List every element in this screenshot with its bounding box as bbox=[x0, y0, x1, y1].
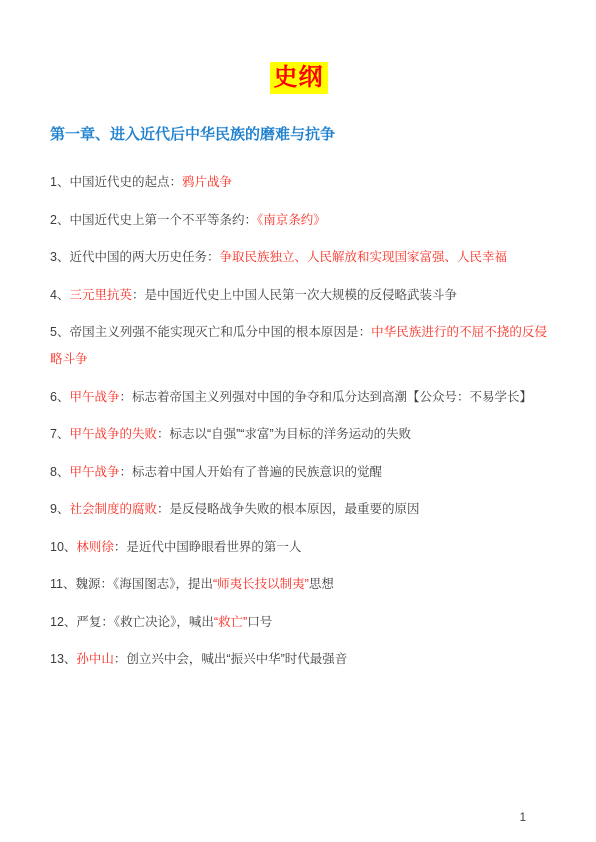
text-run: 思想 bbox=[309, 577, 334, 591]
text-run: 3、近代中国的两大历史任务： bbox=[50, 250, 219, 264]
text-run: 林则徐 bbox=[76, 540, 114, 554]
text-run: ：标志着中国人开始有了普遍的民族意识的觉醒 bbox=[119, 465, 382, 479]
text-run: 1、中国近代史的起点： bbox=[50, 175, 182, 189]
list-item: 8、甲午战争：标志着中国人开始有了普遍的民族意识的觉醒 bbox=[50, 459, 547, 486]
text-run: ：标志着帝国主义列强对中国的争夺和瓜分达到高潮【公众号：不易学长】 bbox=[119, 390, 532, 404]
document-content: 史纲 第一章、进入近代后中华民族的磨难与抗争 1、中国近代史的起点：鸦片战争2、… bbox=[50, 0, 547, 684]
list-item: 9、社会制度的腐败：是反侵略战争失败的根本原因，最重要的原因 bbox=[50, 496, 547, 523]
text-run: 争取民族独立、人民解放和实现国家富强、人民幸福 bbox=[219, 250, 507, 264]
text-run: 鸦片战争 bbox=[182, 175, 232, 189]
text-run: ：是近代中国睁眼看世界的第一人 bbox=[114, 540, 302, 554]
text-run: 8、 bbox=[50, 465, 69, 479]
text-run: 2、中国近代史上第一个不平等条约： bbox=[50, 213, 257, 227]
list-item: 12、严复：《救亡决论》，喊出“救亡”口号 bbox=[50, 609, 547, 636]
text-run: 11、魏源：《海国图志》，提出 bbox=[50, 577, 213, 591]
text-run: 三元里抗英 bbox=[69, 288, 132, 302]
text-run: ：标志以“自强”“求富”为目标的洋务运动的失败 bbox=[157, 427, 411, 441]
text-run: 5、帝国主义列强不能实现灭亡和瓜分中国的根本原因是： bbox=[50, 325, 371, 339]
text-run: 10、 bbox=[50, 540, 76, 554]
text-run: 《南京条约》 bbox=[257, 213, 326, 227]
text-run: 口号 bbox=[247, 615, 272, 629]
text-run: 甲午战争 bbox=[69, 390, 119, 404]
text-run: 7、 bbox=[50, 427, 69, 441]
text-run: 甲午战争 bbox=[69, 465, 119, 479]
text-run: ：是中国近代史上中国人民第一次大规模的反侵略武装斗争 bbox=[132, 288, 457, 302]
page-number: 1 bbox=[520, 812, 526, 824]
text-run: ：是反侵略战争失败的根本原因，最重要的原因 bbox=[157, 502, 420, 516]
text-run: 6、 bbox=[50, 390, 69, 404]
text-run: 13、 bbox=[50, 652, 76, 666]
list-item: 13、孙中山：创立兴中会，喊出“振兴中华”时代最强音 bbox=[50, 646, 547, 673]
document-title: 史纲 bbox=[270, 62, 328, 94]
text-run: 甲午战争的失败 bbox=[69, 427, 157, 441]
list-item: 3、近代中国的两大历史任务：争取民族独立、人民解放和实现国家富强、人民幸福 bbox=[50, 244, 547, 271]
text-run: “救亡” bbox=[214, 615, 247, 629]
list-item: 10、林则徐：是近代中国睁眼看世界的第一人 bbox=[50, 534, 547, 561]
document-page: 史纲 第一章、进入近代后中华民族的磨难与抗争 1、中国近代史的起点：鸦片战争2、… bbox=[0, 0, 596, 842]
items-list: 1、中国近代史的起点：鸦片战争2、中国近代史上第一个不平等条约：《南京条约》3、… bbox=[50, 169, 547, 673]
text-run: 12、严复：《救亡决论》，喊出 bbox=[50, 615, 214, 629]
title-row: 史纲 bbox=[50, 62, 547, 94]
text-run: “师夷长技以制夷” bbox=[213, 577, 309, 591]
text-run: 社会制度的腐败 bbox=[69, 502, 157, 516]
list-item: 2、中国近代史上第一个不平等条约：《南京条约》 bbox=[50, 207, 547, 234]
list-item: 5、帝国主义列强不能实现灭亡和瓜分中国的根本原因是：中华民族进行的不屈不挠的反侵… bbox=[50, 319, 547, 373]
text-run: ：创立兴中会，喊出“振兴中华”时代最强音 bbox=[114, 652, 347, 666]
chapter-heading: 第一章、进入近代后中华民族的磨难与抗争 bbox=[50, 125, 547, 145]
list-item: 7、甲午战争的失败：标志以“自强”“求富”为目标的洋务运动的失败 bbox=[50, 421, 547, 448]
list-item: 1、中国近代史的起点：鸦片战争 bbox=[50, 169, 547, 196]
list-item: 4、三元里抗英：是中国近代史上中国人民第一次大规模的反侵略武装斗争 bbox=[50, 282, 547, 309]
list-item: 11、魏源：《海国图志》，提出“师夷长技以制夷”思想 bbox=[50, 571, 547, 598]
text-run: 孙中山 bbox=[76, 652, 114, 666]
text-run: 9、 bbox=[50, 502, 69, 516]
list-item: 6、甲午战争：标志着帝国主义列强对中国的争夺和瓜分达到高潮【公众号：不易学长】 bbox=[50, 384, 547, 411]
text-run: 4、 bbox=[50, 288, 69, 302]
